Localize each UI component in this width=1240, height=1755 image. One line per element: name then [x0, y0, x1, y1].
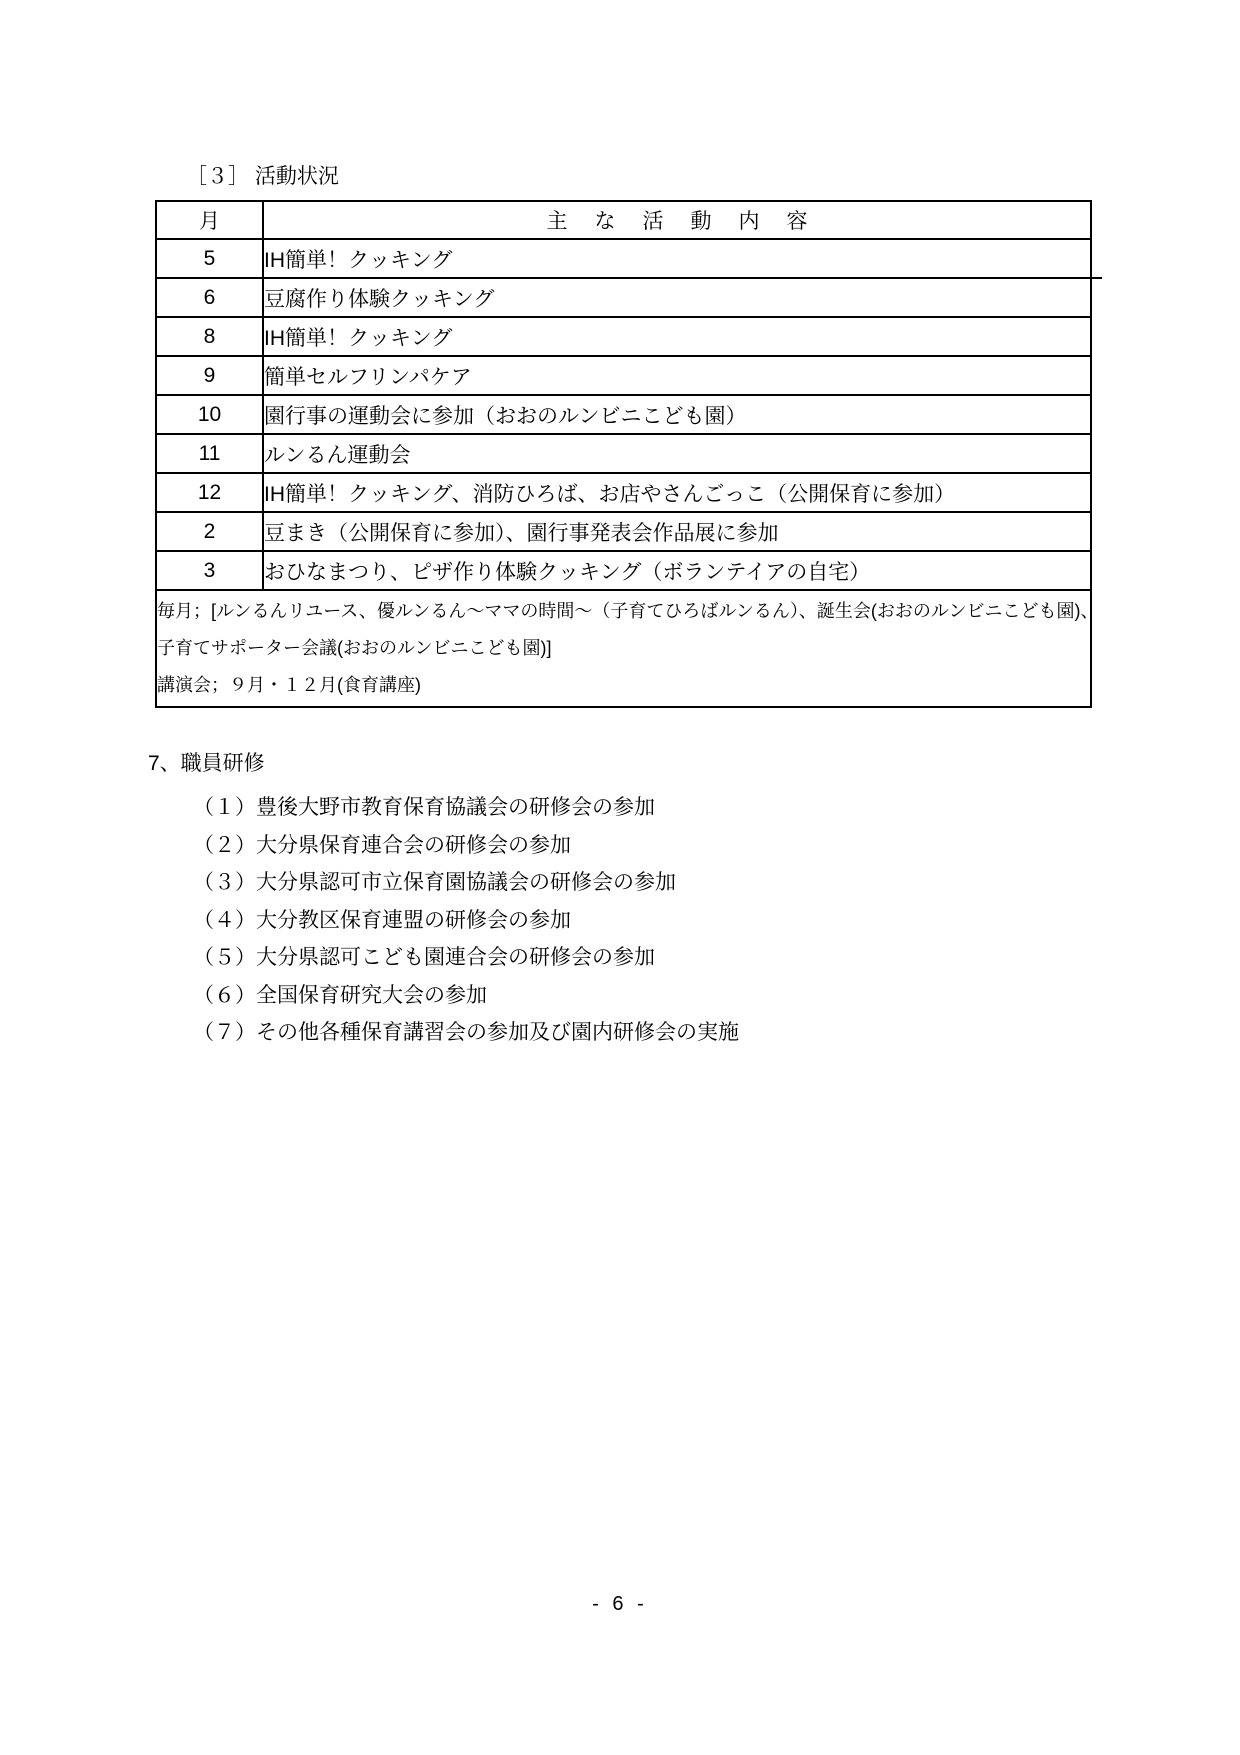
month-cell: 6	[156, 278, 263, 317]
activity-cell: おひなまつり、ピザ作り体験クッキング（ボランテイアの自宅）	[263, 551, 1091, 590]
activity-cell: 園行事の運動会に参加（おおのルンビニこども園）	[263, 395, 1091, 434]
month-cell: 2	[156, 512, 263, 551]
activity-cell: 豆まき（公開保育に参加）、園行事発表会作品展に参加	[263, 512, 1091, 551]
month-column-header: 月	[156, 201, 263, 239]
table-row: 2 豆まき（公開保育に参加）、園行事発表会作品展に参加	[156, 512, 1091, 551]
month-cell: 10	[156, 395, 263, 434]
content-column-header: 主な活動内容	[263, 201, 1091, 239]
activity-section-title: ［３］ 活動状況	[186, 163, 339, 191]
activity-cell: IH簡単！クッキング	[263, 239, 1091, 278]
month-cell: 3	[156, 551, 263, 590]
monthly-notes-cell: 毎月；[ルンるんリユース、優ルンるん～ママの時間～（子育てひろばルンるん）、誕生…	[156, 590, 1091, 707]
training-item: （７）その他各種保育講習会の参加及び園内研修会の実施	[193, 1014, 739, 1052]
month-cell: 12	[156, 473, 263, 512]
training-list: （１）豊後大野市教育保育協議会の研修会の参加 （２）大分県保育連合会の研修会の参…	[193, 789, 739, 1052]
month-cell: 11	[156, 434, 263, 473]
table-header-row: 月 主な活動内容	[156, 201, 1091, 239]
page-number: - 6 -	[0, 1593, 1240, 1616]
note-line: 講演会；９月・１２月(食育講座)	[157, 667, 1090, 704]
training-item: （６）全国保育研究大会の参加	[193, 977, 739, 1015]
training-item: （５）大分県認可こども園連合会の研修会の参加	[193, 939, 739, 977]
table-row: 3 おひなまつり、ピザ作り体験クッキング（ボランテイアの自宅）	[156, 551, 1091, 590]
table-row: 5 IH簡単！クッキング	[156, 239, 1091, 278]
training-item: （２）大分県保育連合会の研修会の参加	[193, 827, 739, 865]
activity-cell: 豆腐作り体験クッキング	[263, 278, 1091, 317]
month-cell: 9	[156, 356, 263, 395]
training-item: （３）大分県認可市立保育園協議会の研修会の参加	[193, 864, 739, 902]
activity-cell: ルンるん運動会	[263, 434, 1091, 473]
activity-cell: 簡単セルフリンパケア	[263, 356, 1091, 395]
activity-cell: IH簡単！クッキング、消防ひろば、お店やさんごっこ（公開保育に参加）	[263, 473, 1091, 512]
activity-table: 月 主な活動内容 5 IH簡単！クッキング 6 豆腐作り体験クッキング 8 IH…	[155, 200, 1092, 708]
document-page: ［３］ 活動状況 月 主な活動内容 5 IH簡単！クッキング 6 豆腐作り体験ク…	[0, 0, 1240, 1755]
training-item: （４）大分教区保育連盟の研修会の参加	[193, 902, 739, 940]
table-row: 9 簡単セルフリンパケア	[156, 356, 1091, 395]
month-cell: 5	[156, 239, 263, 278]
note-line: 子育てサポーター会議(おおのルンビニこども園)]	[157, 630, 1090, 667]
note-line: 毎月；[ルンるんリユース、優ルンるん～ママの時間～（子育てひろばルンるん）、誕生…	[157, 593, 1090, 630]
training-item: （１）豊後大野市教育保育協議会の研修会の参加	[193, 789, 739, 827]
table-border-artifact	[1092, 277, 1102, 279]
table-row: 6 豆腐作り体験クッキング	[156, 278, 1091, 317]
table-row: 8 IH簡単！クッキング	[156, 317, 1091, 356]
month-cell: 8	[156, 317, 263, 356]
table-notes-row: 毎月；[ルンるんリユース、優ルンるん～ママの時間～（子育てひろばルンるん）、誕生…	[156, 590, 1091, 707]
training-section-title: 7、職員研修	[148, 750, 265, 778]
table-row: 11 ルンるん運動会	[156, 434, 1091, 473]
table-row: 12 IH簡単！クッキング、消防ひろば、お店やさんごっこ（公開保育に参加）	[156, 473, 1091, 512]
table-row: 10 園行事の運動会に参加（おおのルンビニこども園）	[156, 395, 1091, 434]
activity-cell: IH簡単！クッキング	[263, 317, 1091, 356]
